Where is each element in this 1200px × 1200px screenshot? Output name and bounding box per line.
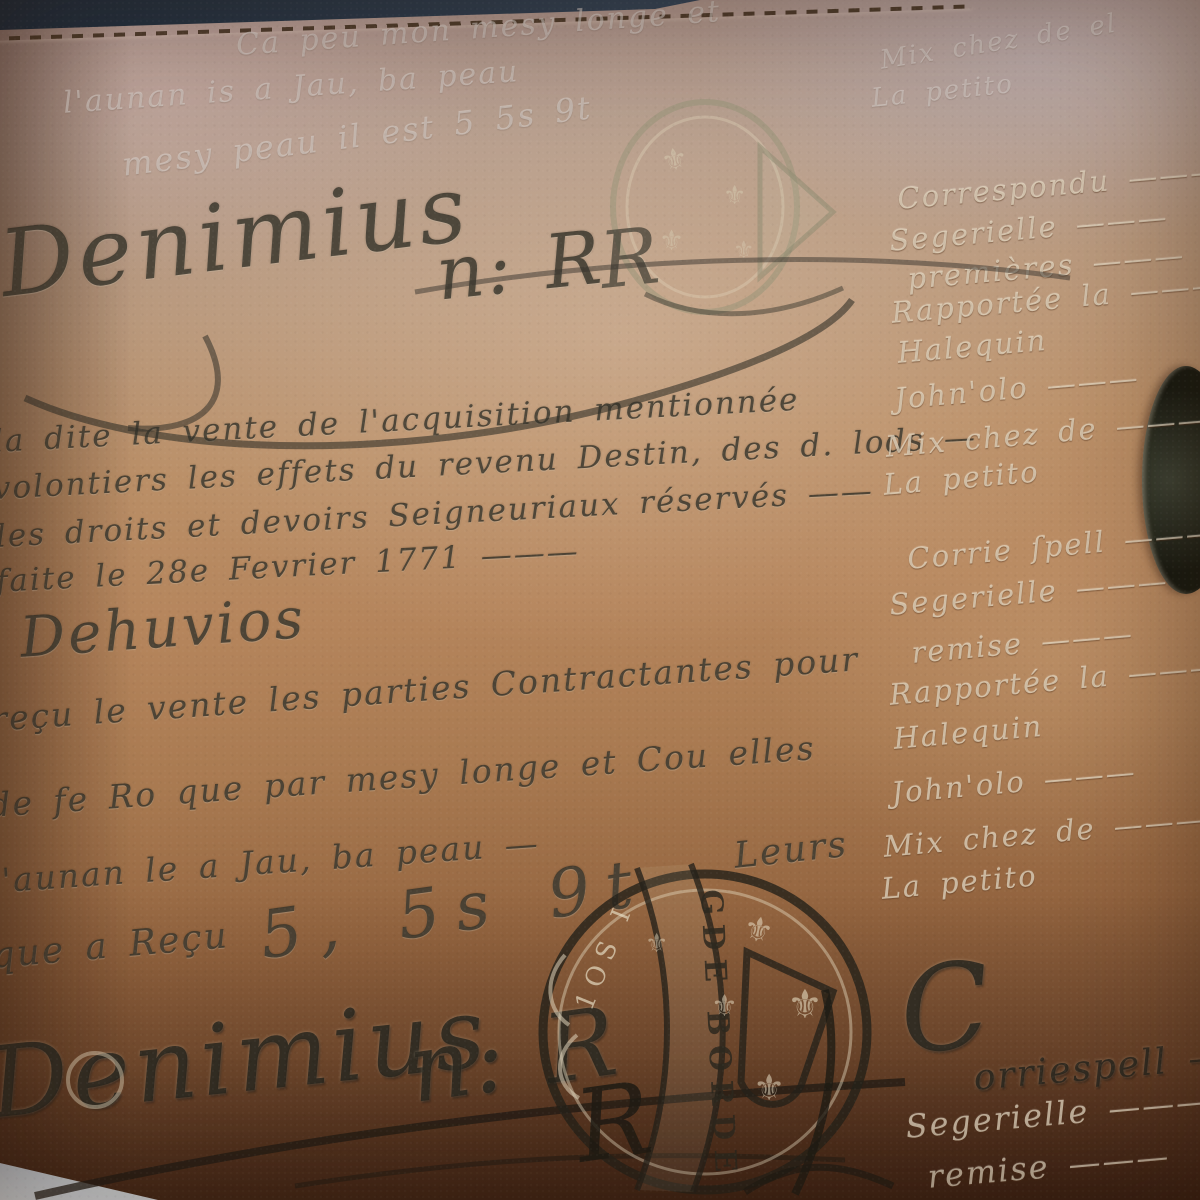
vignette <box>0 0 1200 1200</box>
leather-photo: Ca peu mon mesy longe et l'aunan is a Ja… <box>0 0 1200 1200</box>
